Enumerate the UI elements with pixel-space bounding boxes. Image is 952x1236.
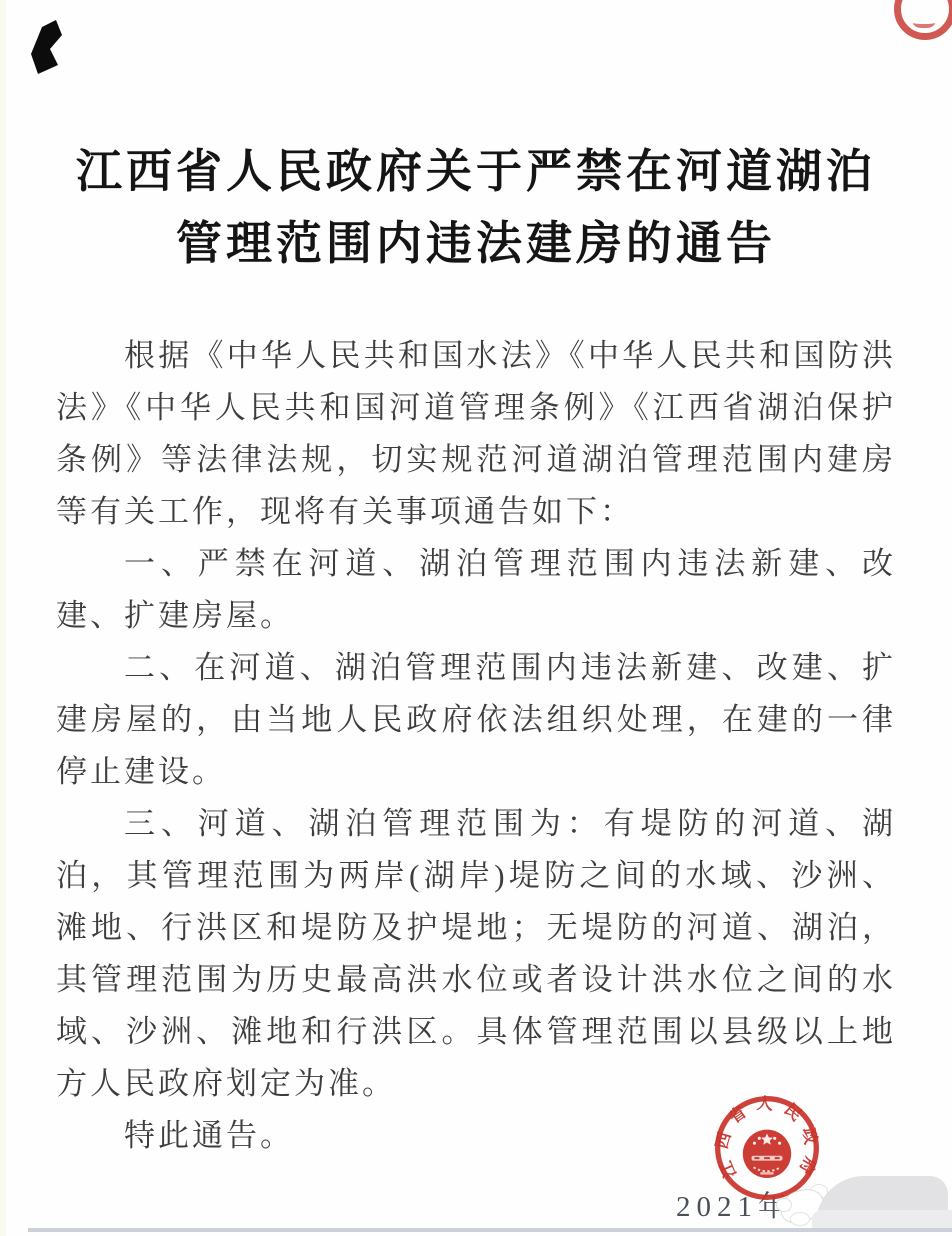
paragraph: 三、河道、湖泊管理范围为：有堤防的河道、湖泊，其管理范围为两岸(湖岸)堤防之间的… (56, 798, 896, 1110)
paragraph: 根据《中华人民共和国水法》《中华人民共和国防洪法》《中华人民共和国河道管理条例》… (56, 330, 896, 538)
hand-finger (776, 1198, 792, 1212)
national-emblem-icon (743, 1130, 791, 1178)
red-stamp-fragment-icon (894, 0, 952, 40)
document-page: 江西省人民政府关于严禁在河道湖泊 管理范围内违法建房的通告 根据《中华人民共和国… (0, 0, 952, 1236)
hand-finger (790, 1212, 810, 1226)
page-edge-line (28, 1228, 952, 1232)
gray-band-overlay (812, 1210, 952, 1229)
paragraph: 一、严禁在河道、湖泊管理范围内违法新建、改建、扩建房屋。 (56, 538, 896, 642)
paragraph: 二、在河道、湖泊管理范围内违法新建、改建、扩建房屋的，由当地人民政府依法组织处理… (56, 642, 896, 798)
stamp-inner-mark (913, 15, 935, 28)
black-ink-mark-icon (28, 20, 64, 74)
document-body: 根据《中华人民共和国水法》《中华人民共和国防洪法》《中华人民共和国河道管理条例》… (56, 330, 896, 1162)
document-title: 江西省人民政府关于严禁在河道湖泊 管理范围内违法建房的通告 (0, 136, 952, 280)
title-line-1: 江西省人民政府关于严禁在河道湖泊 (0, 136, 952, 208)
title-line-2: 管理范围内违法建房的通告 (0, 208, 952, 280)
